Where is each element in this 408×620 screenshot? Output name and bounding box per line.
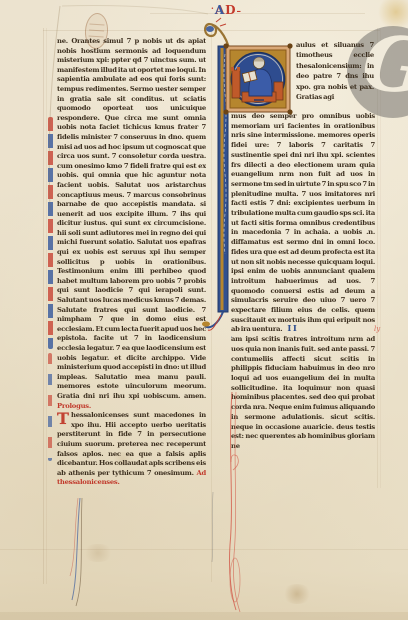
ruling-line-vertical (43, 28, 44, 584)
colossians-text: ne. Orantes simul 7 p nobis ut ds apiat … (57, 37, 206, 400)
stamp-line (89, 29, 104, 31)
chapter2-paragraph: Nam ipsi scitis fratres introitum nrm ad… (231, 335, 375, 451)
paraph-initial-chain (48, 353, 52, 461)
ruling-line-bottom (0, 549, 408, 550)
prologue-text: hessalonicenses sunt macedones in xpo ih… (57, 411, 206, 477)
ruling-line-vertical (46, 28, 47, 584)
marginal-note: ly (374, 325, 380, 333)
colossians-paragraph: ne. Orantes simul 7 p nobis ut ds apiat … (57, 37, 206, 411)
historiated-initial-p-icon (196, 12, 300, 332)
prologue-initial-t: T (57, 411, 71, 426)
left-text-column: ne. Orantes simul 7 p nobis ut ds apiat … (57, 37, 206, 507)
chapter2-text: am ipsi scitis fratres introitum nrm ad … (231, 335, 375, 450)
stamp-line (89, 23, 104, 25)
opening-text: aulus et siluanus 7 timotheus ecclie the… (296, 41, 374, 101)
manuscript-leaf-photo: G ·AD– ne. Orantes simul 7 p nobis ut ds… (0, 0, 408, 620)
rubric-prologus: Prologus. (57, 402, 91, 410)
parchment-stain (282, 584, 312, 604)
prologue-paragraph: Thessalonicenses sunt macedones in xpo i… (57, 411, 206, 488)
parchment-stain (82, 544, 114, 562)
right-column-opening-lines: aulus et siluanus 7 timotheus ecclie the… (296, 40, 374, 114)
paraph-initial-chain (48, 117, 53, 349)
